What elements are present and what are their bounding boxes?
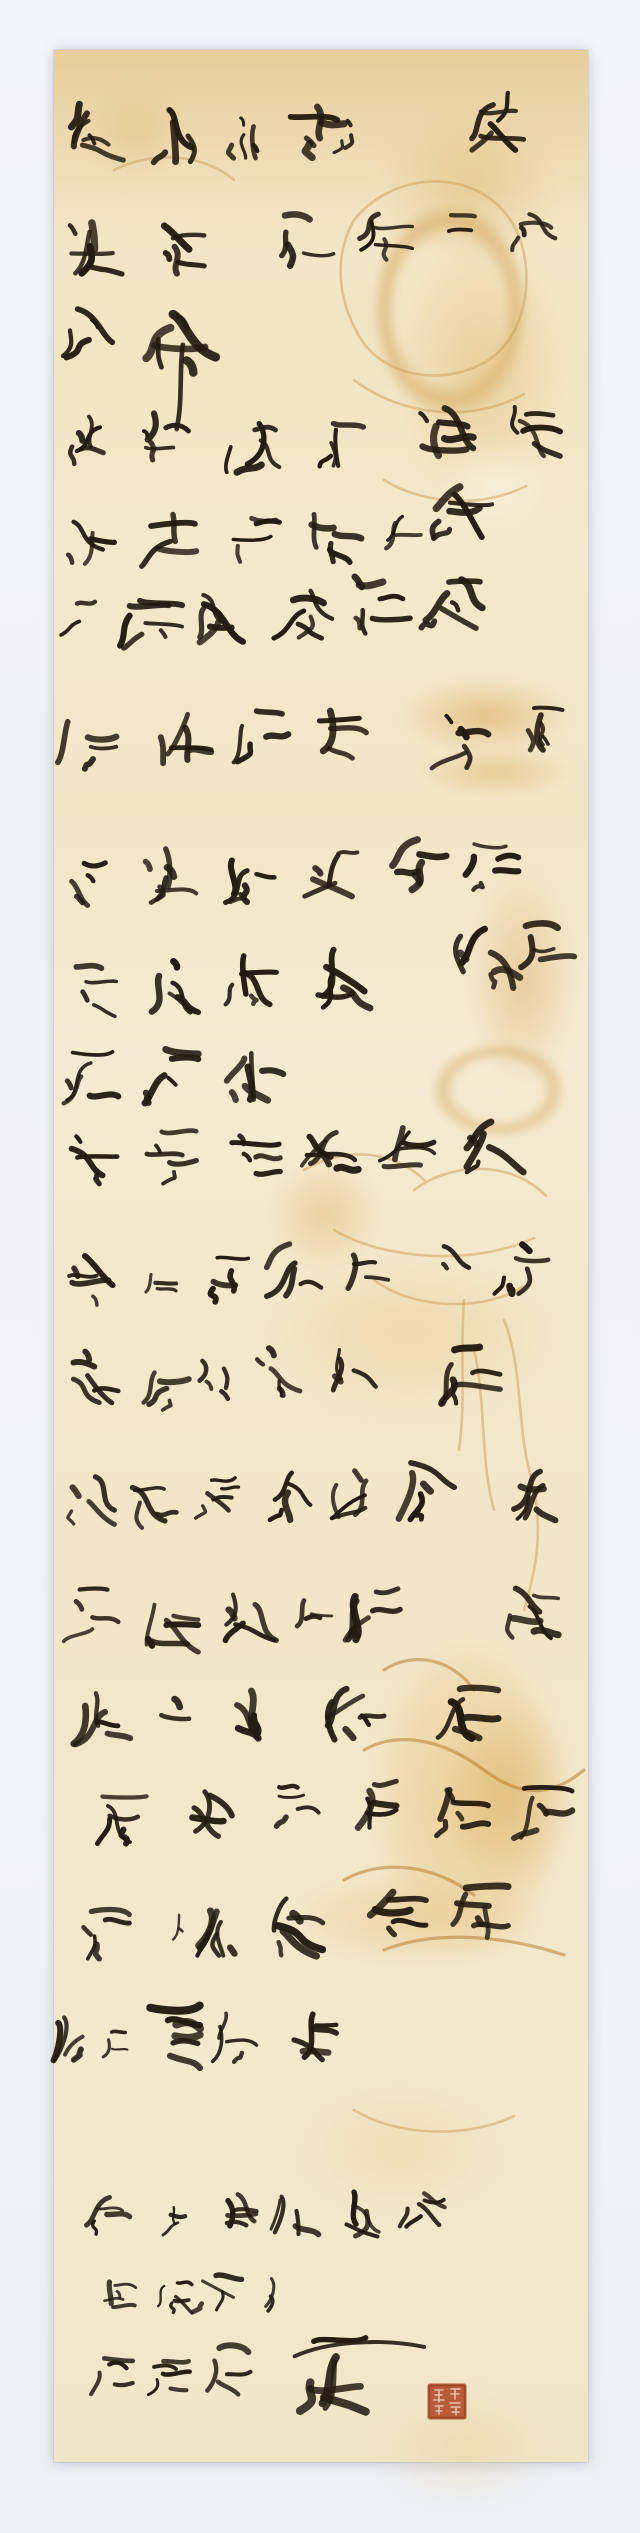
- calligraphy-text-block: 東南形勝三吳都會錢塘自古繁華烟柳畫橋風簾翠幕參差十萬人家雲樹繞堤沙怒濤卷霜雪天塹…: [54, 50, 588, 2462]
- glyph-label: 錢: [280, 212, 330, 262]
- glyph-label: 望: [210, 2188, 253, 2231]
- calligraphy-char: 異: [75, 1905, 131, 1961]
- calligraphy-char: 娃: [222, 1586, 278, 1642]
- calligraphy-char: 高: [74, 1688, 132, 1746]
- calligraphy-char: 花: [145, 1362, 195, 1412]
- calligraphy-char: 牙: [150, 1688, 202, 1740]
- calligraphy-char: 弄: [328, 1340, 380, 1392]
- glyph-label: 花: [145, 1362, 190, 1407]
- glyph-label: 安: [147, 2352, 187, 2392]
- glyph-label: 擁: [500, 1580, 554, 1634]
- calligraphy-char: 鳳: [134, 2002, 202, 2070]
- glyph-label: 雪: [512, 700, 559, 747]
- calligraphy-char: 柳: [138, 410, 190, 462]
- glyph-label: 牙: [150, 1688, 197, 1735]
- calligraphy-char: 自: [436, 210, 476, 250]
- glyph-label: 三: [336, 118, 368, 150]
- calligraphy-char: 荷: [62, 1348, 120, 1406]
- calligraphy-char: 三: [336, 118, 372, 154]
- glyph-label: 濤: [232, 706, 284, 758]
- glyph-label: 里: [492, 1238, 544, 1290]
- glyph-label: 卷: [310, 702, 362, 754]
- glyph-label: 賞: [340, 1772, 392, 1824]
- calligraphy-char: 珠: [62, 962, 118, 1018]
- glyph-label: 嬉: [398, 1458, 456, 1516]
- calligraphy-char: 人: [60, 600, 96, 636]
- calligraphy-char: 畫: [225, 416, 283, 474]
- glyph-label: 塘: [358, 206, 408, 256]
- calligraphy-char: 擁: [500, 1580, 560, 1640]
- glyph-label: 奢: [225, 1042, 279, 1096]
- glyph-label: 盈: [306, 944, 365, 1003]
- glyph-label: 畫: [225, 416, 277, 468]
- calligraphy-char: 有: [62, 1250, 120, 1308]
- glyph-label: 堤: [424, 570, 478, 624]
- calligraphy-char: 簫: [92, 1786, 152, 1846]
- calligraphy-char: 夏: [197, 2268, 243, 2314]
- calligraphy-char: 翠: [62, 512, 116, 566]
- glyph-label: 吟: [274, 1782, 315, 1823]
- glyph-label: 詞: [404, 2184, 444, 2224]
- calligraphy-char: 醉: [326, 1682, 386, 1742]
- glyph-label: 十: [432, 1244, 466, 1278]
- calligraphy-char: 戶: [224, 952, 278, 1006]
- glyph-label: 月: [267, 2272, 303, 2308]
- glyph-label: 萬: [432, 478, 488, 534]
- glyph-label: 乘: [222, 1682, 274, 1734]
- calligraphy-char: 圖: [198, 1898, 258, 1958]
- calligraphy-char: 豪: [140, 1045, 200, 1105]
- calligraphy-char: 菱: [62, 1472, 116, 1526]
- glyph-label: 池: [215, 2010, 264, 2059]
- glyph-label: 去: [100, 2030, 127, 2057]
- calligraphy-char: 去: [100, 2030, 130, 2060]
- calligraphy-char: 叟: [62, 1585, 120, 1643]
- glyph-label: 霜: [430, 710, 484, 764]
- calligraphy-char: 盈: [306, 944, 372, 1010]
- calligraphy-char: 千: [295, 1596, 333, 1634]
- calligraphy-char: 卷: [310, 702, 368, 760]
- glyph-label: 管: [252, 1344, 301, 1393]
- glyph-label: 泛: [192, 1472, 235, 1515]
- calligraphy-char: 聽: [436, 1676, 500, 1740]
- calligraphy-char: 十: [432, 1244, 470, 1282]
- glyph-label: 千: [295, 1596, 329, 1630]
- calligraphy-char: 列: [464, 836, 520, 892]
- glyph-label: 形: [226, 112, 269, 155]
- calligraphy-char: 雪: [512, 700, 564, 752]
- glyph-label: 醉: [326, 1682, 380, 1736]
- calligraphy-char: 湖: [140, 1128, 198, 1186]
- calligraphy-char: 日: [160, 1912, 192, 1944]
- calligraphy-char: 羌: [198, 1354, 250, 1406]
- calligraphy-char: 蓮: [140, 1596, 200, 1656]
- calligraphy-char: 重: [64, 1130, 120, 1186]
- glyph-label: 十: [380, 508, 418, 546]
- calligraphy-char: 好: [362, 1882, 428, 1948]
- calligraphy-char: 柳: [85, 2190, 131, 2236]
- calligraphy-char: 涯: [303, 842, 359, 898]
- glyph-label: 高: [74, 1688, 126, 1740]
- glyph-label: 書: [290, 2336, 360, 2406]
- calligraphy-char: 差: [305, 506, 363, 564]
- calligraphy-char: 霞: [512, 1778, 574, 1840]
- glyph-label: 蓮: [140, 1596, 194, 1650]
- calligraphy-char: 嬉: [398, 1458, 462, 1522]
- calligraphy-char: 萬: [432, 478, 494, 540]
- calligraphy-char: 安: [147, 2352, 191, 2396]
- glyph-label: 嘉: [465, 1112, 521, 1168]
- glyph-label: 差: [305, 506, 357, 558]
- calligraphy-screenshot: { "artwork": { "kind": "chinese-calligra…: [0, 0, 640, 2533]
- glyph-label: 華: [140, 298, 210, 368]
- calligraphy-char: 秋: [200, 1248, 256, 1304]
- calligraphy-char: 沙: [62, 715, 118, 771]
- glyph-label: 鳳: [134, 2002, 195, 2063]
- glyph-label: 歸: [52, 2008, 101, 2057]
- glyph-label: 珠: [62, 962, 112, 1012]
- calligraphy-char: 里: [492, 1238, 550, 1296]
- glyph-label: 申: [157, 2278, 189, 2310]
- calligraphy-char: 夜: [258, 1468, 312, 1522]
- glyph-label: 自: [436, 210, 472, 246]
- glyph-label: 競: [62, 1048, 114, 1100]
- glyph-label: 幕: [140, 510, 192, 562]
- glyph-label: 霞: [512, 1778, 568, 1834]
- calligraphy-char: 歌: [124, 1476, 178, 1530]
- glyph-label: 娃: [222, 1586, 272, 1636]
- glyph-label: 弄: [328, 1340, 375, 1387]
- glyph-label: 三: [145, 1268, 174, 1297]
- calligraphy-char: 泛: [192, 1472, 240, 1520]
- glyph-label: 鼓: [176, 1780, 228, 1832]
- glyph-label: 荷: [62, 1348, 114, 1400]
- calligraphy-char: 吟: [274, 1782, 320, 1828]
- glyph-label: 吳: [470, 88, 528, 146]
- glyph-label: 參: [225, 508, 275, 558]
- calligraphy-char: 書: [290, 2336, 368, 2414]
- calligraphy-char: 家: [122, 588, 184, 650]
- calligraphy-char: 奢: [225, 1042, 285, 1102]
- calligraphy-char: 堤: [424, 570, 484, 630]
- glyph-label: 南: [152, 106, 204, 158]
- glyph-label: 綺: [520, 922, 570, 972]
- glyph-label: 雲: [198, 586, 250, 638]
- calligraphy-char: 吳: [470, 88, 534, 152]
- calligraphy-char: 錢: [280, 212, 336, 268]
- glyph-label: 聽: [436, 1676, 494, 1734]
- calligraphy-char: 丙: [93, 2274, 137, 2318]
- glyph-label: 晴: [440, 1344, 496, 1400]
- glyph-label: 潮: [342, 2188, 387, 2233]
- calligraphy-char: 池: [215, 2010, 269, 2064]
- glyph-label: 淮: [90, 2352, 130, 2392]
- calligraphy-char: 霜: [430, 710, 490, 770]
- glyph-label: 永: [162, 2202, 193, 2233]
- calligraphy-char: 月: [267, 2272, 307, 2312]
- calligraphy-char: 詞: [404, 2184, 448, 2228]
- calligraphy-char: 烟: [66, 412, 120, 466]
- glyph-label: 子: [348, 1246, 388, 1286]
- calligraphy-char: 煙: [430, 1778, 490, 1838]
- artist-seal: [427, 2383, 467, 2420]
- glyph-label: 將: [272, 1890, 333, 1951]
- glyph-label: 誇: [280, 2006, 332, 2058]
- calligraphy-char: 管: [252, 1344, 306, 1398]
- glyph-label: 柳: [85, 2190, 126, 2231]
- glyph-label: 湖: [140, 1128, 192, 1180]
- glyph-label: 市: [388, 832, 442, 886]
- calligraphy-char: 三: [145, 1268, 177, 1300]
- calligraphy-char: 德: [200, 2344, 252, 2396]
- glyph-label: 沙: [62, 715, 112, 765]
- glyph-label: 日: [160, 1912, 189, 1941]
- glyph-label: 東: [72, 100, 128, 156]
- glyph-label: 簾: [498, 394, 556, 452]
- glyph-label: 夜: [258, 1468, 307, 1517]
- glyph-label: 人: [60, 600, 92, 632]
- calligraphy-char: 綺: [520, 922, 576, 978]
- scroll-paper: 東南形勝三吳都會錢塘自古繁華烟柳畫橋風簾翠幕參差十萬人家雲樹繞堤沙怒濤卷霜雪天塹…: [54, 50, 588, 2462]
- calligraphy-char: 淮: [90, 2352, 134, 2396]
- calligraphy-char: 璣: [142, 956, 200, 1014]
- glyph-label: 秋: [200, 1248, 250, 1298]
- calligraphy-char: 參: [225, 508, 281, 564]
- calligraphy-char: 疊: [222, 1124, 282, 1184]
- glyph-label: 會: [148, 218, 200, 270]
- calligraphy-char: 桂: [265, 1240, 323, 1298]
- glyph-label: 桂: [265, 1240, 317, 1292]
- glyph-label: 無: [224, 852, 271, 899]
- calligraphy-char: 市: [388, 832, 448, 892]
- glyph-label: 嬉: [330, 1460, 384, 1514]
- glyph-label: 羅: [452, 920, 515, 983]
- glyph-label: 好: [362, 1882, 421, 1941]
- calligraphy-char: 南: [152, 106, 210, 164]
- calligraphy-char: 幕: [140, 510, 198, 568]
- glyph-label: 繁: [64, 305, 113, 354]
- calligraphy-char: 華: [140, 298, 218, 376]
- calligraphy-char: 釣: [508, 1464, 566, 1522]
- calligraphy-char: 嘉: [465, 1112, 527, 1174]
- calligraphy-char: 潮: [342, 2188, 392, 2238]
- calligraphy-char: 誇: [280, 2006, 338, 2064]
- calligraphy-char: 簾: [498, 394, 562, 458]
- glyph-label: 簫: [92, 1786, 146, 1840]
- glyph-label: 疊: [222, 1124, 276, 1178]
- calligraphy-char: 競: [62, 1048, 120, 1106]
- glyph-label: 戶: [224, 952, 273, 1001]
- calligraphy-char: 怒: [155, 710, 213, 768]
- calligraphy-char: 將: [272, 1890, 340, 1958]
- glyph-label: 圖: [198, 1898, 252, 1952]
- glyph-label: 古: [512, 206, 553, 247]
- calligraphy-char: 塘: [358, 206, 414, 262]
- glyph-label: 異: [75, 1905, 125, 1955]
- calligraphy-char: 十: [380, 508, 422, 550]
- glyph-label: 樹: [272, 578, 328, 634]
- glyph-label: 塹: [138, 845, 192, 899]
- calligraphy-char: 繞: [348, 572, 412, 636]
- glyph-label: 菱: [62, 1472, 111, 1521]
- calligraphy-char: 風: [415, 398, 475, 458]
- glyph-label: 德: [200, 2344, 247, 2391]
- calligraphy-char: 子: [348, 1246, 392, 1290]
- glyph-label: 夏: [197, 2268, 238, 2309]
- calligraphy-char: 巘: [300, 1120, 360, 1180]
- calligraphy-char: 景: [448, 1878, 510, 1940]
- calligraphy-char: 乘: [222, 1682, 280, 1740]
- glyph-label: 海: [270, 2186, 315, 2231]
- calligraphy-char: 歸: [52, 2008, 106, 2062]
- calligraphy-char: 鼓: [176, 1780, 234, 1838]
- glyph-label: 烟: [66, 412, 115, 461]
- calligraphy-char: 海: [270, 2186, 320, 2236]
- calligraphy-char: 東: [72, 100, 134, 162]
- calligraphy-char: 無: [224, 852, 276, 904]
- glyph-label: 風: [415, 398, 469, 452]
- glyph-label: 列: [464, 836, 514, 886]
- seal-carving: [427, 2383, 467, 2420]
- calligraphy-char: 天: [62, 855, 114, 907]
- glyph-label: 璣: [142, 956, 194, 1008]
- glyph-label: 叟: [62, 1585, 114, 1637]
- calligraphy-char: 古: [512, 206, 558, 252]
- calligraphy-char: 嬉: [330, 1460, 390, 1520]
- calligraphy-char: 清: [378, 1118, 436, 1176]
- calligraphy-char: 會: [148, 218, 206, 276]
- glyph-label: 翠: [62, 512, 111, 561]
- calligraphy-char: 賞: [340, 1772, 398, 1830]
- calligraphy-char: 申: [157, 2278, 193, 2314]
- calligraphy-char: 橋: [318, 412, 374, 468]
- glyph-label: 歌: [124, 1476, 173, 1525]
- glyph-label: 家: [122, 588, 178, 644]
- glyph-label: 巘: [300, 1120, 354, 1174]
- calligraphy-char: 永: [162, 2202, 196, 2236]
- glyph-label: 釣: [508, 1464, 560, 1516]
- calligraphy-char: 濤: [232, 706, 290, 764]
- glyph-label: 涯: [303, 842, 353, 892]
- calligraphy-char: 望: [210, 2188, 258, 2236]
- calligraphy-char: 都: [58, 210, 124, 276]
- glyph-label: 柳: [138, 410, 185, 457]
- glyph-label: 怒: [155, 710, 207, 762]
- glyph-label: 勝: [284, 98, 340, 154]
- glyph-label: 天: [62, 855, 109, 902]
- glyph-label: 景: [448, 1878, 504, 1934]
- glyph-label: 繞: [348, 572, 406, 630]
- calligraphy-char: 雲: [198, 586, 256, 644]
- glyph-label: 騎: [340, 1580, 396, 1636]
- glyph-label: 橋: [318, 412, 368, 462]
- calligraphy-char: 形: [226, 112, 274, 160]
- glyph-label: 都: [58, 210, 117, 269]
- calligraphy-char: 騎: [340, 1580, 402, 1642]
- glyph-label: 重: [64, 1130, 114, 1180]
- calligraphy-char: 塹: [138, 845, 198, 905]
- calligraphy-char: 羅: [452, 920, 522, 990]
- calligraphy-char: 繁: [64, 305, 118, 359]
- glyph-label: 清: [378, 1118, 430, 1170]
- glyph-label: 丙: [93, 2274, 133, 2314]
- glyph-label: 羌: [198, 1354, 245, 1401]
- glyph-label: 煙: [430, 1778, 484, 1832]
- glyph-label: 有: [62, 1250, 114, 1302]
- calligraphy-char: 樹: [272, 578, 334, 640]
- calligraphy-char: 晴: [440, 1344, 502, 1406]
- glyph-label: 豪: [140, 1045, 194, 1099]
